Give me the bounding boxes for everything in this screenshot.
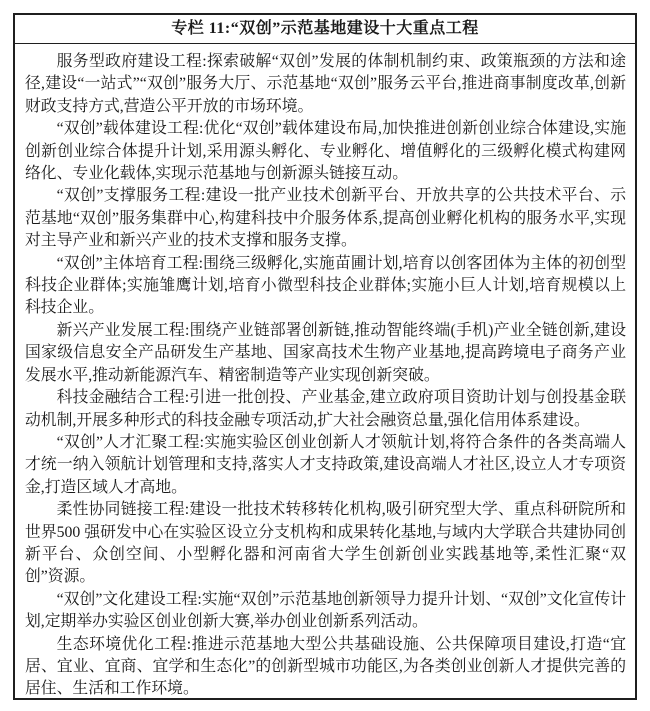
paragraph: 服务型政府建设工程:探索破解“双创”发展的体制机制约束、政策瓶颈的方法和途径,建… xyxy=(25,51,626,118)
paragraph: “双创”人才汇聚工程:实施实验区创业创新人才领航计划,将符合条件的各类高端人才统… xyxy=(25,432,626,499)
paragraph: “双创”载体建设工程:优化“双创”载体建设布局,加快推进创新创业综合体建设,实施… xyxy=(25,118,626,185)
paragraph: 新兴产业发展工程:围绕产业链部署创新链,推动智能终端(手机)产业全链创新,建设国… xyxy=(25,320,626,387)
paragraph: “双创”文化建设工程:实施“双创”示范基地创新领导力提升计划、“双创”文化宣传计… xyxy=(25,589,626,634)
paragraph: 科技金融结合工程:引进一批创投、产业基金,建立政府项目资助计划与创投基金联动机制… xyxy=(25,387,626,432)
paragraph: 生态环境优化工程:推进示范基地大型公共基础设施、公共保障项目建设,打造“宜居、宜… xyxy=(25,634,626,701)
document-page: 专栏 11:“双创”示范基地建设十大重点工程 服务型政府建设工程:探索破解“双创… xyxy=(0,0,650,711)
paragraph: 柔性协同链接工程:建设一批技术转移转化机构,吸引研究型大学、重点科研院所和世界5… xyxy=(25,499,626,589)
column-panel: 专栏 11:“双创”示范基地建设十大重点工程 服务型政府建设工程:探索破解“双创… xyxy=(13,13,637,700)
panel-title: 专栏 11:“双创”示范基地建设十大重点工程 xyxy=(15,15,635,44)
paragraph: “双创”主体培育工程:围绕三级孵化,实施苗圃计划,培育以创客团体为主体的初创型科… xyxy=(25,253,626,320)
paragraph: “双创”支撑服务工程:建设一批产业技术创新平台、开放共享的公共技术平台、示范基地… xyxy=(25,185,626,252)
panel-body: 服务型政府建设工程:探索破解“双创”发展的体制机制约束、政策瓶颈的方法和途径,建… xyxy=(15,44,635,701)
